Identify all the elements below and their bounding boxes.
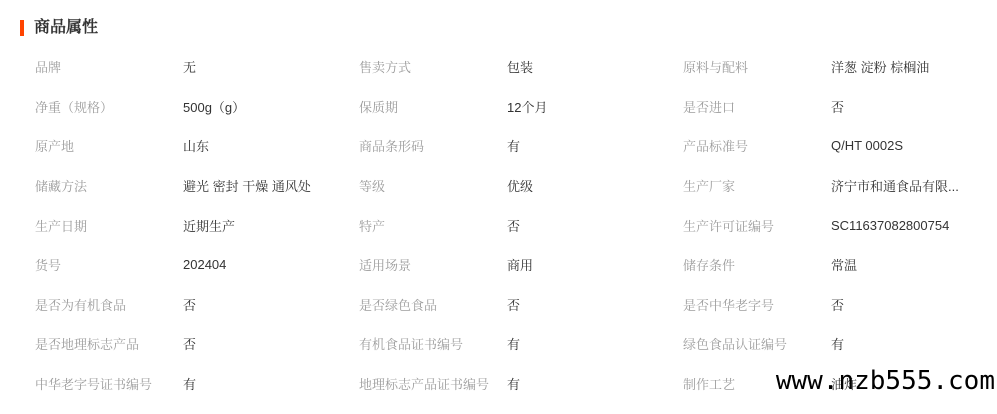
attribute-cell: 是否地理标志产品否 [20,324,344,364]
attribute-value: 商用 [507,255,533,274]
attribute-cell: 是否中华老字号否 [668,285,992,325]
attribute-value: 济宁市和通食品有限... [831,176,959,195]
attribute-value: 202404 [183,257,226,272]
attribute-value: 否 [831,97,844,116]
attribute-value: 避光 密封 干燥 通风处 [183,176,311,195]
attribute-value: 常温 [831,255,857,274]
attribute-label: 是否地理标志产品 [35,334,183,353]
attribute-value: 有 [831,334,844,353]
attribute-label: 储藏方法 [35,176,183,195]
attributes-grid: 品牌无售卖方式包装原料与配料洋葱 淀粉 棕榈油净重（规格）500g（g）保质期1… [20,47,997,403]
attribute-value: 有 [183,374,196,393]
attribute-label: 售卖方式 [359,57,507,76]
attribute-value: 否 [831,295,844,314]
accent-bar-icon [20,20,24,36]
attribute-value: 否 [507,295,520,314]
product-attributes-panel: 商品属性 品牌无售卖方式包装原料与配料洋葱 淀粉 棕榈油净重（规格）500g（g… [0,0,997,414]
attribute-cell: 产品标准号Q/HT 0002S [668,126,992,166]
attribute-label: 等级 [359,176,507,195]
attribute-cell: 储藏方法避光 密封 干燥 通风处 [20,166,344,206]
attribute-value: 有 [507,334,520,353]
attribute-label: 货号 [35,255,183,274]
attribute-value: Q/HT 0002S [831,138,903,153]
attribute-cell: 货号202404 [20,245,344,285]
attribute-label: 是否进口 [683,97,831,116]
attribute-cell: 保质期12个月 [344,87,668,127]
attribute-value: 洋葱 淀粉 棕榈油 [831,57,929,76]
attribute-value: 有 [507,136,520,155]
attribute-cell: 制作工艺油炸 [668,364,992,404]
attribute-label: 有机食品证书编号 [359,334,507,353]
attribute-cell: 是否进口否 [668,87,992,127]
attribute-label: 生产日期 [35,216,183,235]
attribute-label: 地理标志产品证书编号 [359,374,507,393]
attribute-cell: 生产厂家济宁市和通食品有限... [668,166,992,206]
attribute-label: 生产厂家 [683,176,831,195]
attribute-label: 保质期 [359,97,507,116]
attribute-label: 商品条形码 [359,136,507,155]
attribute-cell: 是否为有机食品否 [20,285,344,325]
section-header: 商品属性 [20,20,997,36]
attribute-cell: 生产许可证编号SC11637082800754 [668,205,992,245]
attribute-value: 500g（g） [183,97,245,116]
attribute-value: 优级 [507,176,533,195]
attribute-cell: 地理标志产品证书编号有 [344,364,668,404]
attribute-label: 绿色食品认证编号 [683,334,831,353]
attribute-value: 有 [507,374,520,393]
attribute-cell: 中华老字号证书编号有 [20,364,344,404]
attribute-cell: 商品条形码有 [344,126,668,166]
attribute-label: 储存条件 [683,255,831,274]
attribute-value: 否 [507,216,520,235]
attribute-cell: 生产日期近期生产 [20,205,344,245]
attribute-value: 近期生产 [183,216,235,235]
attribute-cell: 有机食品证书编号有 [344,324,668,364]
attribute-label: 是否中华老字号 [683,295,831,314]
attribute-cell: 原产地山东 [20,126,344,166]
attribute-value: SC11637082800754 [831,218,949,233]
attribute-value: 无 [183,57,196,76]
attribute-cell: 净重（规格）500g（g） [20,87,344,127]
attribute-cell: 品牌无 [20,47,344,87]
attribute-value: 否 [183,295,196,314]
attribute-label: 是否为有机食品 [35,295,183,314]
attribute-cell: 等级优级 [344,166,668,206]
section-title: 商品属性 [34,20,98,36]
attribute-value: 12个月 [507,97,547,116]
attribute-label: 品牌 [35,57,183,76]
attribute-label: 净重（规格） [35,97,183,116]
attribute-cell: 绿色食品认证编号有 [668,324,992,364]
attribute-label: 中华老字号证书编号 [35,374,183,393]
attribute-label: 是否绿色食品 [359,295,507,314]
attribute-cell: 原料与配料洋葱 淀粉 棕榈油 [668,47,992,87]
attribute-value: 包装 [507,57,533,76]
attribute-cell: 储存条件常温 [668,245,992,285]
attribute-label: 制作工艺 [683,374,831,393]
attribute-value: 否 [183,334,196,353]
attribute-label: 适用场景 [359,255,507,274]
attribute-cell: 适用场景商用 [344,245,668,285]
attribute-label: 原料与配料 [683,57,831,76]
attribute-label: 生产许可证编号 [683,216,831,235]
attribute-label: 原产地 [35,136,183,155]
attribute-cell: 是否绿色食品否 [344,285,668,325]
attribute-label: 产品标准号 [683,136,831,155]
attribute-cell: 售卖方式包装 [344,47,668,87]
attribute-value: 油炸 [831,374,857,393]
attribute-label: 特产 [359,216,507,235]
attribute-value: 山东 [183,136,209,155]
attribute-cell: 特产否 [344,205,668,245]
